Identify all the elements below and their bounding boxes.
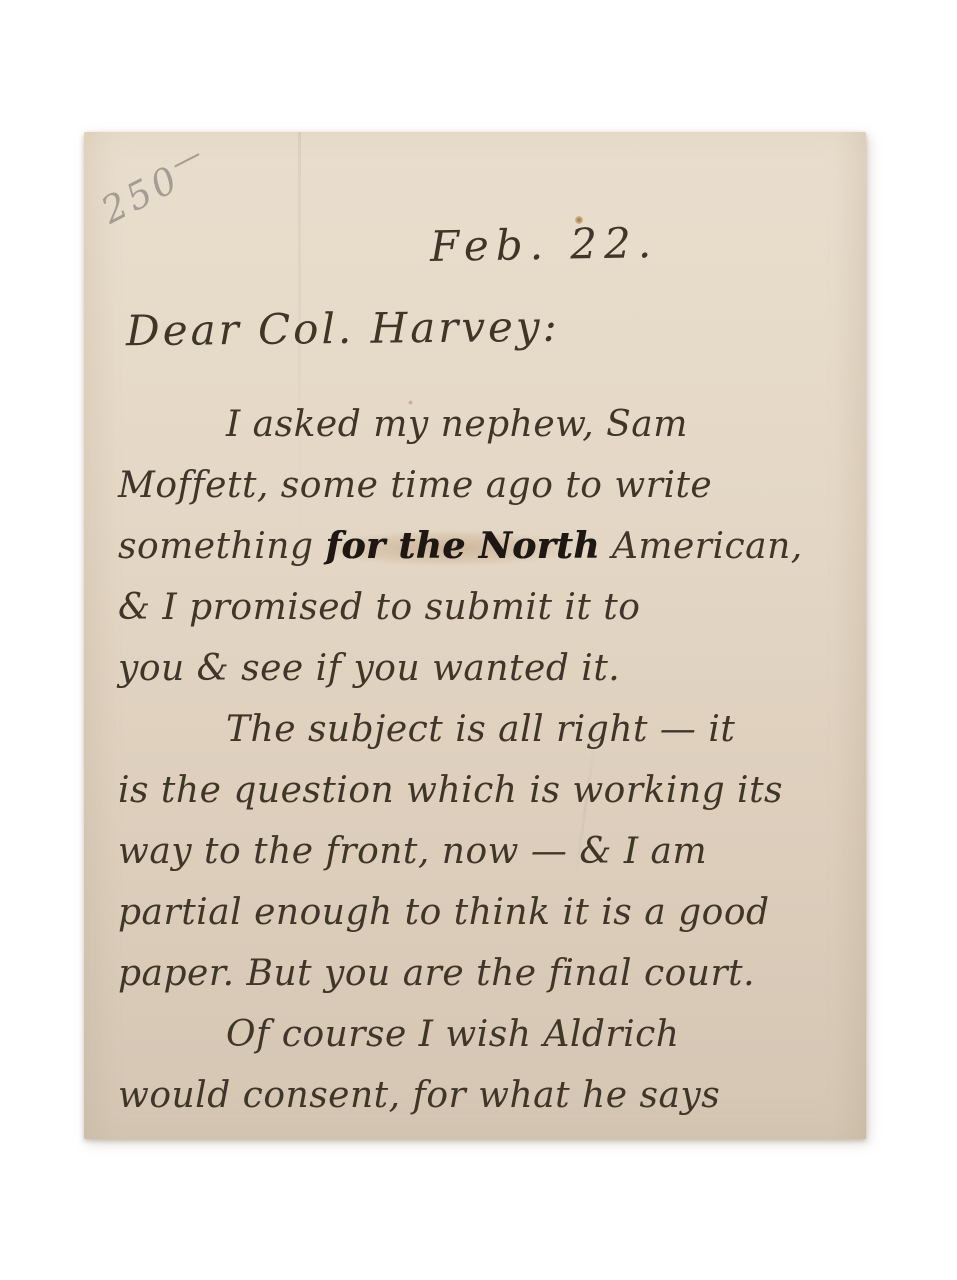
letter-text-segment: something (118, 526, 325, 567)
letter-line: partial enough to think it is a good (118, 882, 842, 943)
letter-line: The subject is all right — it (118, 699, 842, 760)
letter-line: Moffett, some time ago to write (118, 455, 842, 516)
letter-line: is the question which is working its (118, 760, 842, 821)
letter-salutation: Dear Col. Harvey: (126, 302, 560, 356)
letter-text-segment: way to the front, now — & I am (118, 831, 707, 872)
letter-line: paper. But you are the final court. (118, 943, 842, 1004)
letter-line: Of course I wish Aldrich (118, 1004, 842, 1065)
letter-text-heavy-segment: for the North (325, 525, 599, 567)
letter-line: way to the front, now — & I am (118, 821, 842, 882)
letter-text-segment: partial enough to think it is a good (118, 892, 770, 933)
letter-lines: I asked my nephew, SamMoffett, some time… (118, 394, 842, 1126)
letter-text-segment: is the question which is working its (118, 770, 783, 811)
letter-line: something for the North American, (118, 516, 842, 577)
letter-text-segment: American, (600, 526, 803, 567)
letter-text-segment: Moffett, some time ago to write (118, 465, 712, 506)
letter-date: Feb. 22. (430, 218, 659, 271)
letter-text-segment: paper. But you are the final court. (118, 953, 755, 994)
letter-line: I asked my nephew, Sam (118, 394, 842, 455)
pencil-price-annotation: 250— (94, 143, 214, 232)
letter-text-segment: & I promised to submit it to (118, 587, 640, 628)
letter-text-segment: you & see if you wanted it. (118, 648, 620, 689)
letter-line: & I promised to submit it to (118, 577, 842, 638)
letter-text-segment: The subject is all right — it (226, 709, 735, 750)
letter-sheet: 250— Feb. 22. Dear Col. Harvey: I asked … (84, 132, 866, 1139)
letter-line: would consent, for what he says (118, 1065, 842, 1126)
letter-text-segment: would consent, for what he says (118, 1075, 720, 1116)
letter-text-segment: Of course I wish Aldrich (226, 1014, 679, 1055)
letter-line: you & see if you wanted it. (118, 638, 842, 699)
letter-photograph: 250— Feb. 22. Dear Col. Harvey: I asked … (0, 0, 957, 1280)
letter-text-segment: I asked my nephew, Sam (226, 404, 688, 445)
